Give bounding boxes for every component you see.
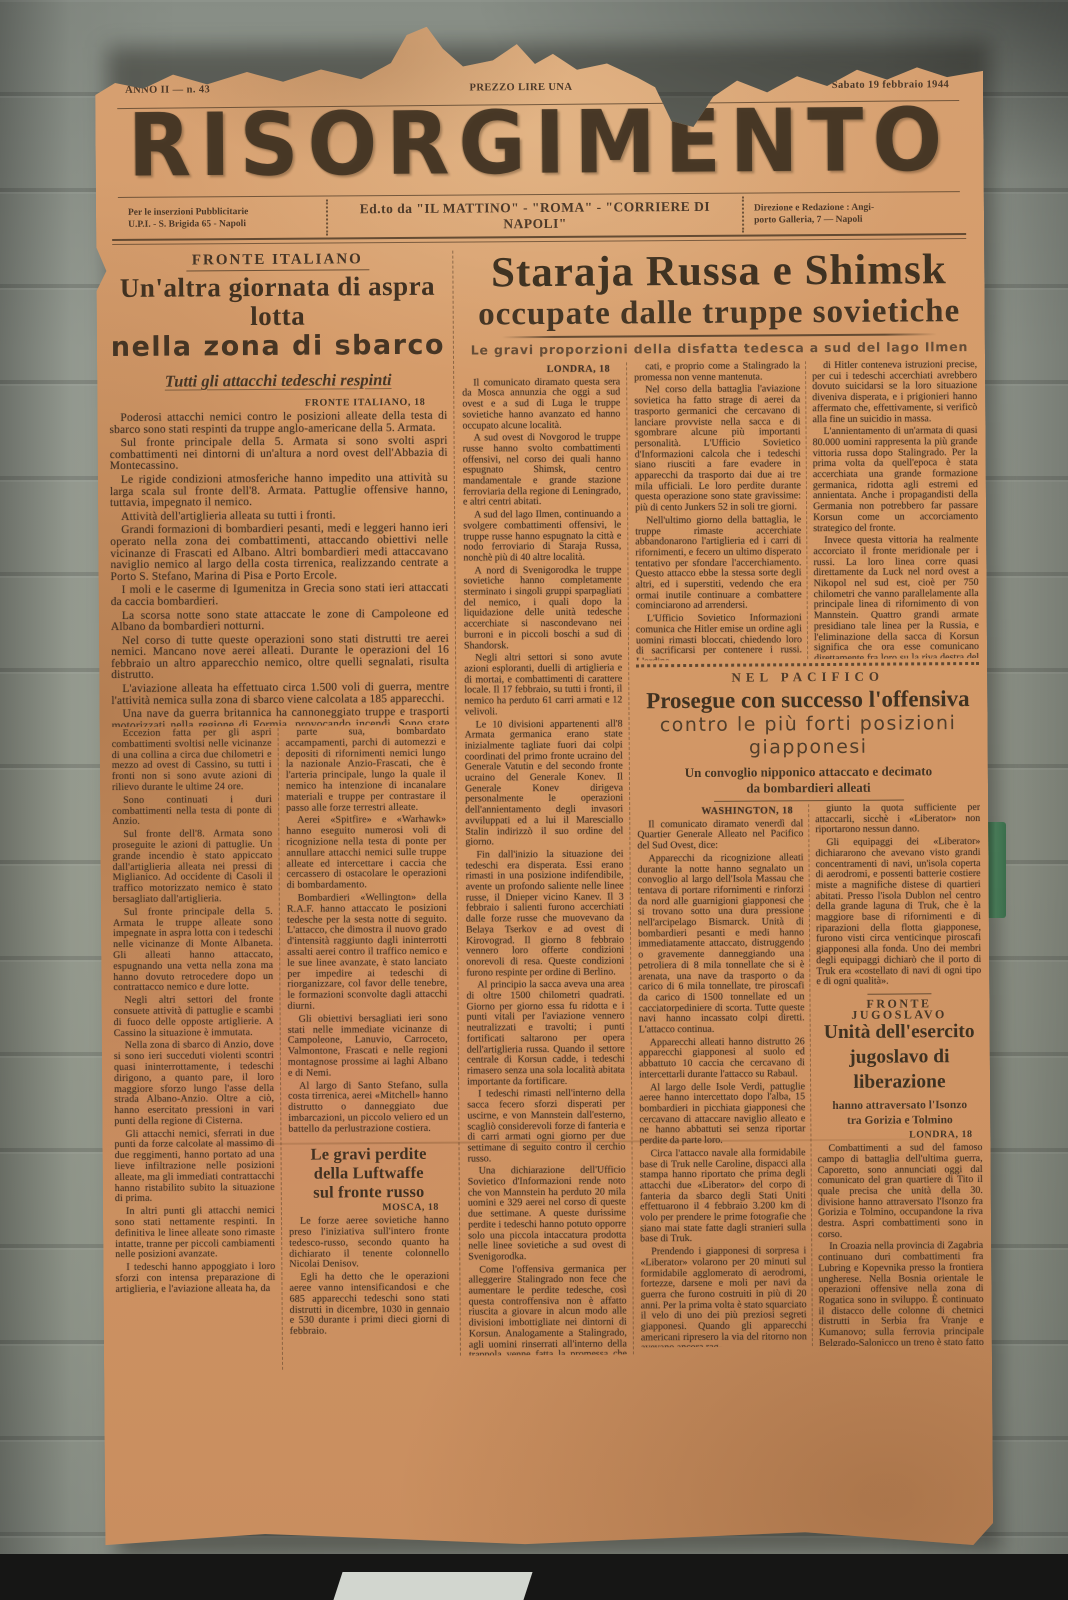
deck-jugoslavo-line1: hanno attraversato l'Isonzo <box>817 1098 982 1114</box>
publisher-info-right-line2: porto Galleria, 7 — Napoli <box>754 213 950 226</box>
page-content: FRONTE ITALIANO Un'altra giornata di asp… <box>108 247 985 1551</box>
subhead-fronte: Tutti gli attacchi tedeschi respinti <box>109 370 447 392</box>
fronte-column-2-text: parte sua, bombardato accampamenti, parc… <box>286 727 449 1136</box>
staraja-column-3: di Hitler conteneva istruzioni precise, … <box>805 360 979 659</box>
article-pacifico: NEL PACIFICO Prosegue con successo l'off… <box>636 662 980 802</box>
paragraph: L'annientamento di un'armata di quasi 80… <box>812 426 978 534</box>
pacifico-columns: WASHINGTON, 18 Il comunicato diramato ve… <box>637 803 984 1347</box>
paragraph: I moli e le caserme di Igumenitza in Gre… <box>111 583 449 609</box>
headline-luftwaffe-line1: Le gravi perdite <box>288 1144 448 1164</box>
article-jugoslavo: FRONTE JUGOSLAVO Unità dell'esercito jug… <box>816 993 983 1347</box>
paragraph: Combattimenti a sud del famoso campo di … <box>818 1143 984 1240</box>
headline-fronte-line1: Un'altra giornata di aspra lotta <box>108 272 446 332</box>
paragraph: Negli altri settori si sono avute azioni… <box>464 653 622 718</box>
dateline-fronte: FRONTE ITALIANO, 18 <box>109 397 447 410</box>
issue-date: Sabato 19 febbraio 1944 <box>832 79 949 91</box>
paragraph: Apparecchi da ricognizione alleati duran… <box>637 853 804 1036</box>
paragraph: La scorsa notte sono state attaccate le … <box>111 608 449 634</box>
paragraph: Sono continuati i duri combattimenti nel… <box>112 795 272 829</box>
photo-scene: ANNO II — n. 43 PREZZO LIRE UNA Sabato 1… <box>0 0 1068 1600</box>
paragraph: Le rigide condizioni atmosferiche hanno … <box>110 473 448 510</box>
paragraph: Al principio la sacca aveva una area di … <box>466 980 625 1088</box>
headline-luftwaffe: Le gravi perdite della Luftwaffe sul fro… <box>288 1144 448 1202</box>
paragraph: In Croazia nella provincia di Zagabria c… <box>818 1241 984 1347</box>
paragraph: Eccezion fatta per gli aspri combattimen… <box>112 728 272 794</box>
paragraph: Nel corso della battaglia l'aviazione so… <box>634 385 801 515</box>
deck-pacifico-line1: Un convoglio nipponico attaccato e decim… <box>637 763 980 781</box>
paragraph: Fin dall'inizio la situazione dei tedesc… <box>465 849 624 979</box>
headline-pacifico-line2: contro le più forti posizioni giapponesi <box>636 712 979 760</box>
staraja-column-1: LONDRA, 18 Il comunicato diramato questa… <box>462 362 627 1355</box>
paragraph: Invece questa vittoria ha realmente acco… <box>813 535 979 660</box>
luftwaffe-text: Le forze aeree sovietiche hanno preso l'… <box>289 1216 450 1338</box>
article-luftwaffe: Le gravi perdite della Luftwaffe sul fro… <box>288 1144 449 1338</box>
imprint-row: Per le inserzioni Pubblicitarie U.P.I. -… <box>118 195 960 237</box>
paragraph: Circa l'attacco navale alla formidabile … <box>640 1148 807 1245</box>
kicker-jugoslavo: FRONTE JUGOSLAVO <box>816 998 981 1021</box>
dateline-luftwaffe: MOSCA, 18 <box>289 1203 449 1215</box>
pacifico-column-2-text: giunto la quota sufficiente per attaccar… <box>815 803 981 990</box>
paragraph: Una dichiarazione dell'Ufficio Sovietico… <box>468 1166 627 1263</box>
paragraph: In altri punti gli attacchi nemici sono … <box>115 1206 275 1261</box>
staraja-column-2: cati, e proprio come a Stalingrado la pr… <box>634 361 802 660</box>
deck-pacifico: Un convoglio nipponico attaccato e decim… <box>637 763 980 797</box>
pacifico-column-1-text: Il comunicato diramato venerdì dal Quart… <box>637 819 807 1347</box>
fronte-columns: Eccezion fatta per gli aspri combattimen… <box>112 727 454 1371</box>
masthead-title: RISORGIMENTO <box>95 99 984 190</box>
paragraph: Le 10 divisioni appartenenti all'8 Armat… <box>465 719 624 849</box>
deck-pacifico-line2: da bombardieri alleati <box>637 779 980 797</box>
paragraph: Il comunicato diramato venerdì dal Quart… <box>637 819 803 852</box>
staraja-column-1-text: Il comunicato diramato questa sera da Mo… <box>462 377 627 1355</box>
pacifico-column-1: WASHINGTON, 18 Il comunicato diramato ve… <box>637 804 807 1347</box>
paragraph: Apparecchi alleati hanno distrutto 26 ap… <box>639 1037 805 1081</box>
jugoslavo-text: Combattimenti a sud del famoso campo di … <box>818 1143 984 1347</box>
paragraph: Sul fronte principale della 5. Armata le… <box>113 907 274 994</box>
fronte-column-1: Eccezion fatta per gli aspri combattimen… <box>112 728 276 1371</box>
paragraph: Prendendo i giapponesi di sorpresa i «Li… <box>640 1246 807 1347</box>
paragraph: cati, e proprio come a Stalingrado la pr… <box>634 361 800 384</box>
kicker-fronte-italiano: FRONTE ITALIANO <box>108 251 446 272</box>
paragraph: di Hitler conteneva istruzioni precise, … <box>812 360 977 425</box>
headline-staraja-rule <box>502 333 937 338</box>
headline-luftwaffe-line3: sul fronte russo <box>289 1182 449 1202</box>
paragraph: Poderosi attacchi nemici contro le posiz… <box>109 411 447 437</box>
paragraph: I tedeschi rimasti nell'interno della sa… <box>467 1089 626 1165</box>
paragraph: Il comunicato diramato questa sera da Mo… <box>462 377 620 432</box>
headline-jugoslavo-line2: jugoslavo di liberazione <box>817 1044 982 1095</box>
paragraph: Nel corso di tutte queste operazioni son… <box>111 633 449 682</box>
staraja-columns: LONDRA, 18 Il comunicato diramato questa… <box>462 360 984 1356</box>
kicker-pacifico: NEL PACIFICO <box>636 668 979 686</box>
dateline-pacifico: WASHINGTON, 18 <box>637 806 803 818</box>
paragraph: giunto la quota sufficiente per attaccar… <box>815 803 980 836</box>
paragraph: Come l'offensiva germanica per alleggeri… <box>468 1264 627 1355</box>
headline-staraja-line1: Staraja Russa e Shimsk <box>461 247 976 296</box>
headline-luftwaffe-line2: della Luftwaffe <box>289 1163 449 1183</box>
paragraph: Sul fronte principale della 5. Armata si… <box>110 436 448 473</box>
paragraph: A sud del lago Ilmen, continuando a svol… <box>463 510 621 565</box>
deck-jugoslavo: hanno attraversato l'Isonzo tra Gorizia … <box>817 1098 982 1129</box>
publisher-info-right: Direzione e Redazione : Angi- porto Gall… <box>744 201 960 227</box>
paragraph: Grandi formazioni di bombardieri pesanti… <box>110 523 448 583</box>
article-staraja-russa: Staraja Russa e Shimsk occupate dalle tr… <box>452 247 984 1356</box>
deck-jugoslavo-line2: tra Gorizia e Tolmino <box>817 1113 982 1129</box>
headline-pacifico-line1: Prosegue con successo l'offensiva <box>636 686 979 714</box>
paragraph: Le forze aeree sovietiche hanno preso l'… <box>289 1216 449 1271</box>
newspaper-page: ANNO II — n. 43 PREZZO LIRE UNA Sabato 1… <box>95 23 994 1551</box>
paragraph: Al largo delle Isole Verdi, pattuglie ae… <box>639 1082 805 1147</box>
paragraph: Sul fronte dell'8. Armata sono proseguit… <box>112 829 273 906</box>
paragraph: Egli ha detto che le operazioni aeree va… <box>289 1272 449 1338</box>
pacifico-column-2: giunto la quota sufficiente per attaccar… <box>808 803 984 1346</box>
headline-staraja-line2: occupate dalle truppe sovietiche <box>462 292 977 334</box>
dateline-jugoslavo: LONDRA, 18 <box>817 1130 982 1142</box>
jugoslavo-top-rule <box>867 993 931 994</box>
staraja-columns-bc-top: cati, e proprio come a Stalingrado la pr… <box>634 360 979 660</box>
article-fronte-italiano: FRONTE ITALIANO Un'altra giornata di asp… <box>108 251 454 1371</box>
headline-fronte-line2: nella zona di sbarco <box>109 330 447 364</box>
paragraph: L'aviazione alleata ha effettuato circa … <box>111 682 449 708</box>
paragraph: Nella zona di sbarco di Anzio, dove si s… <box>114 1040 275 1127</box>
bottom-light-fragment <box>333 1572 532 1600</box>
paragraph: Bombardieri «Wellington» della R.A.F. ha… <box>287 893 448 1013</box>
headline-jugoslavo-line1: Unità dell'esercito <box>817 1019 982 1045</box>
fronte-lead-text: Poderosi attacchi nemici contro le posiz… <box>109 411 449 727</box>
paragraph: A sud ovest di Novgorod le truppe russe … <box>463 433 622 509</box>
paragraph: A nord di Svenigorodka le truppe sovieti… <box>463 565 622 652</box>
dateline-staraja: LONDRA, 18 <box>462 364 620 376</box>
paragraph: L'Ufficio Sovietico Informazioni comunic… <box>636 613 802 660</box>
fronte-column-2: parte sua, bombardato accampamenti, parc… <box>278 727 450 1370</box>
paragraph: Aerei «Spitfire» e «Warhawk» hanno esegu… <box>286 815 447 892</box>
bottom-dark-strip <box>0 1554 1068 1600</box>
paragraph: Gli equipaggi dei «Liberator» dichiararo… <box>815 837 981 988</box>
deck-staraja: Le gravi proporzioni della disfatta tede… <box>462 339 977 358</box>
pacifico-rule <box>714 799 904 801</box>
paragraph: parte sua, bombardato accampamenti, parc… <box>286 727 447 814</box>
paragraph: I tedeschi hanno appoggiato i loro sforz… <box>115 1262 275 1296</box>
publisher-info-left-line2: U.P.I. - S. Brigida 65 - Napoli <box>128 218 316 231</box>
headline-jugoslavo: Unità dell'esercito jugoslavo di liberaz… <box>817 1019 983 1095</box>
staraja-columns-bc: cati, e proprio come a Stalingrado la pr… <box>626 360 984 1354</box>
paragraph: Una nave da guerra britannica ha cannone… <box>111 707 449 727</box>
paragraph: Gli attacchi nemici, sferrati in due pun… <box>114 1129 275 1206</box>
kicker-fronte-italiano-text: FRONTE ITALIANO <box>186 251 369 271</box>
paragraph: Al largo di Santo Stefano, sulla costa t… <box>288 1080 448 1135</box>
paragraph: Nell'ultimo giorno della battaglia, le t… <box>635 515 802 612</box>
publisher-info-center: Ed.to da "IL MATTINO" - "ROMA" - "CORRIE… <box>326 197 744 236</box>
price-label: PREZZO LIRE UNA <box>469 82 572 94</box>
paragraph: Negli altri settori del fronte consuete … <box>113 995 273 1039</box>
paragraph: Gli obiettivi bersagliati ieri sono stat… <box>288 1013 448 1079</box>
publisher-info-left: Per le inserzioni Pubblicitarie U.P.I. -… <box>118 206 326 231</box>
